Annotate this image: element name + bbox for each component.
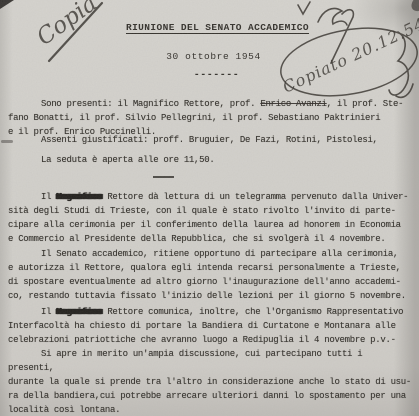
paragraph-assenti: Assenti giustificati: proff. Bruguier, D… xyxy=(8,133,412,147)
paragraph-telegramma: Il Magnifico Rettore dà lettura di un te… xyxy=(8,190,412,246)
separator-dashes: ------- xyxy=(0,70,419,81)
document-date: 30 ottobre 1954 xyxy=(0,51,419,62)
typewritten-text-layer: RIUNIONE DEL SENATO ACCADEMICO 30 ottobr… xyxy=(0,0,419,416)
paragraph-bandiera: Il Magnifico Rettore comunica, inoltre, … xyxy=(8,305,412,347)
document-title-text: RIUNIONE DEL SENATO ACCADEMICO xyxy=(126,22,309,33)
overstruck-word: Magnifico xyxy=(56,307,102,317)
paragraph-senato: Il Senato accademico, ritiene opportuno … xyxy=(8,247,412,303)
presenti-text-before: Sono presenti: il Magnifico Rettore, pro… xyxy=(41,99,260,109)
paragraph-discussione: Si apre in merito un'ampia discussione, … xyxy=(8,347,412,416)
scanned-document-page: RIUNIONE DEL SENATO ACCADEMICO 30 ottobr… xyxy=(0,0,419,416)
pen-struck-name: Enrico Avanzi xyxy=(260,99,326,109)
telegramma-text-before: Il xyxy=(41,192,56,202)
paragraph-seduta: La seduta è aperta alle ore 11,50. xyxy=(8,153,412,167)
bandiera-text-before: Il xyxy=(41,307,56,317)
overstruck-word: Magnifico xyxy=(56,192,102,202)
separator-line xyxy=(153,176,174,178)
document-title: RIUNIONE DEL SENATO ACCADEMICO xyxy=(0,22,419,33)
